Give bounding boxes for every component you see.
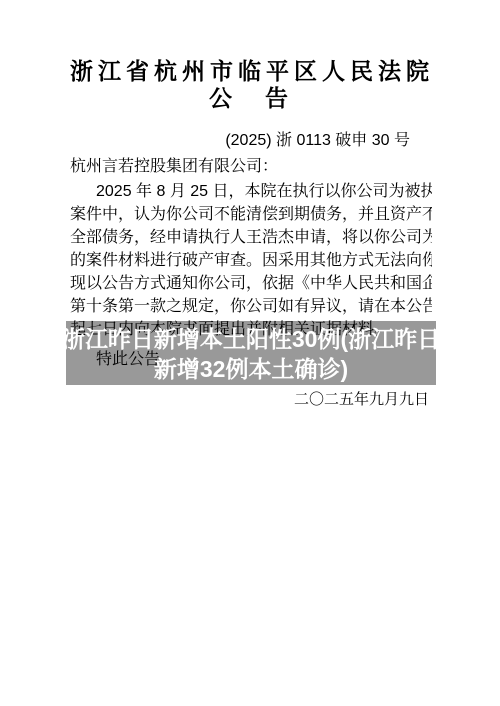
court-title: 浙江省杭州市临平区人民法院 <box>70 58 432 85</box>
document-date: 二〇二五年九月九日 <box>70 390 432 410</box>
case-number: (2025) 浙 0113 破申 30 号 <box>70 130 432 152</box>
body-line: 的案件材料进行破产审查。因采用其他方式无法向你公司送达， <box>70 249 432 272</box>
notice-title: 公 告 <box>70 85 432 112</box>
body-line: 第十条第一款之规定，你公司如有异议，请在本公告发布之日 <box>70 295 432 318</box>
addressee: 杭州言若控股集团有限公司： <box>70 155 432 178</box>
body-line: 全部债务，经申请执行人王浩杰申请，将以你公司为被执行人 <box>70 226 432 249</box>
body-line: 现以公告方式通知你公司，依据《中华人民共和国企业破产法》 <box>70 272 432 295</box>
announcement-page: 浙江省杭州市临平区人民法院 公 告 (2025) 浙 0113 破申 30 号 … <box>0 0 500 706</box>
body-line: 案件中，认为你公司不能清偿到期债务，并且资产不足以清偿 <box>70 203 432 226</box>
headline-overlay-text: 浙江昨日新增本土阳性30例(浙江昨日新增32例本土确诊) <box>60 324 442 384</box>
body-line: 2025 年 8 月 25 日，本院在执行以你公司为被执行人的 <box>70 180 432 203</box>
body-paragraph: 2025 年 8 月 25 日，本院在执行以你公司为被执行人的案件中，认为你公司… <box>70 180 432 341</box>
